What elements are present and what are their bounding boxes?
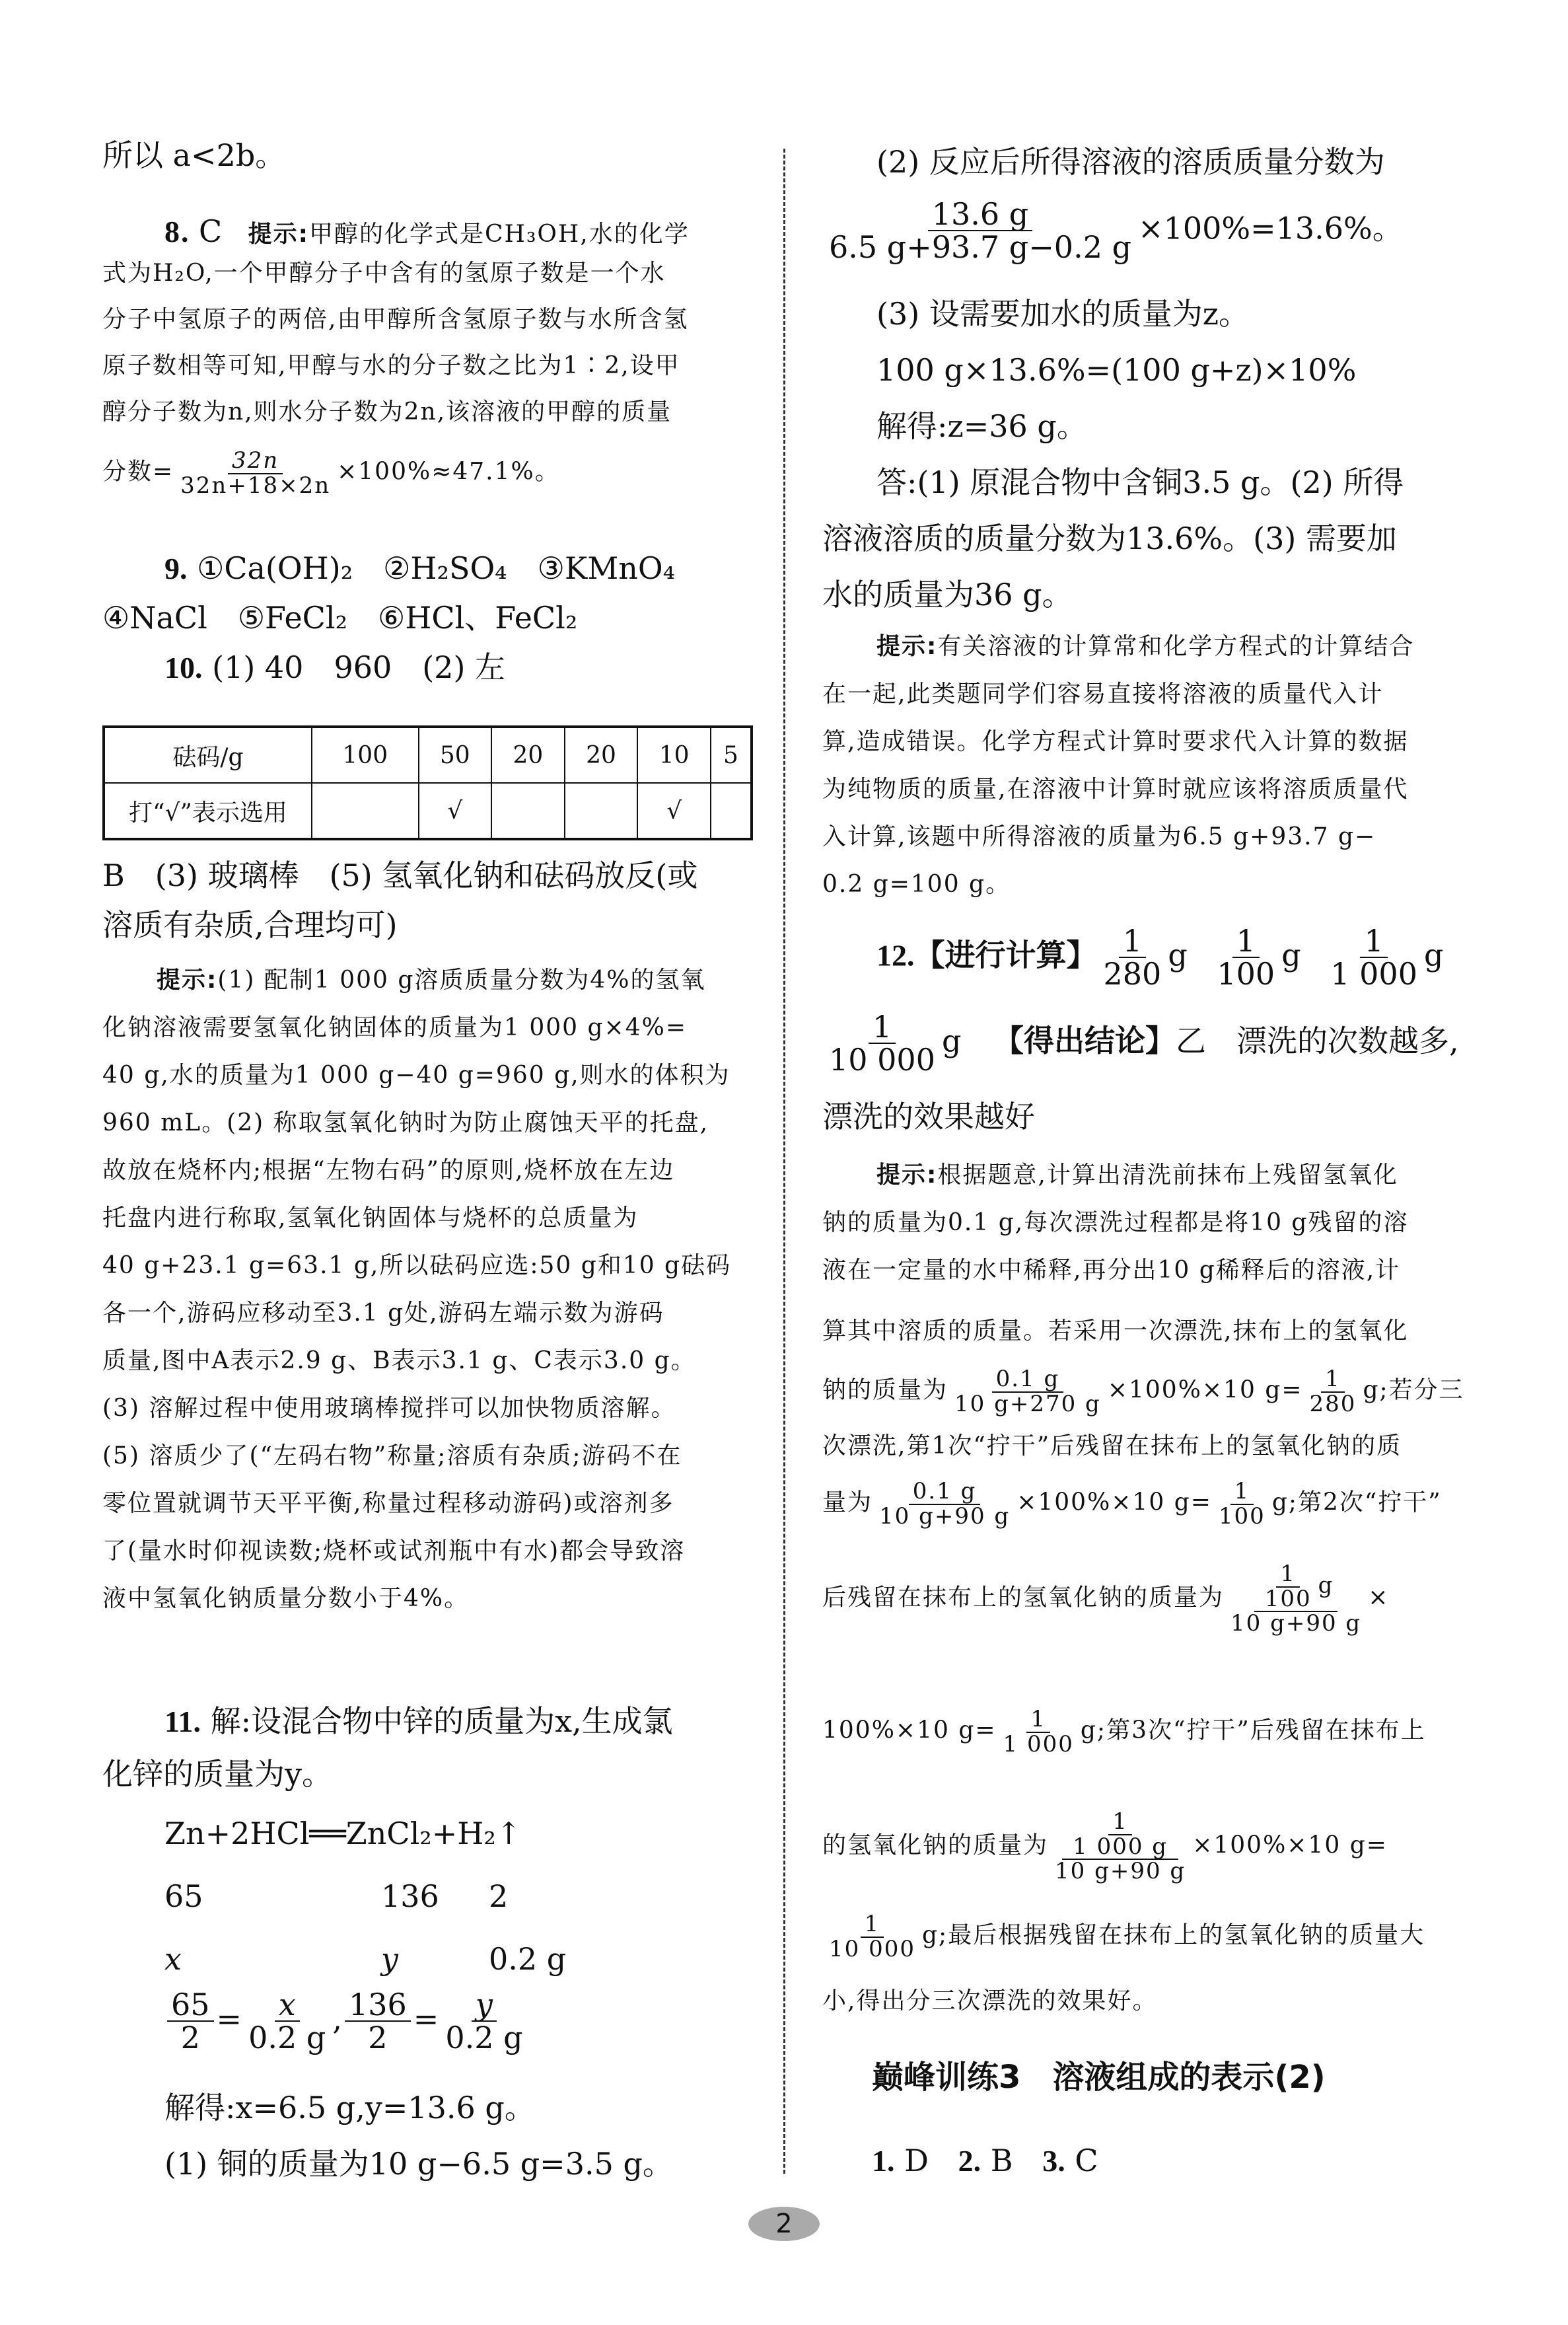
hint-line: 小,得出分三次漂洗的效果好。 <box>822 1985 1157 2017</box>
numerator: 1 <box>1276 1563 1300 1588</box>
tag-calc: 【进行计算】 <box>915 937 1097 973</box>
table-row: 打“√”表示选用 √ √ <box>104 783 752 839</box>
hint-line: 零位置就调节天平平衡,称量过程移动游码)或溶剂多 <box>102 1488 674 1520</box>
q8-hint-line: 醇分子数为n,则水分子数为2n,该溶液的甲醇的质量 <box>102 396 672 428</box>
fraction: 11 000 <box>1326 925 1421 990</box>
denominator: 1 000 <box>1326 958 1421 990</box>
numerator: 32n <box>228 449 283 474</box>
denominator: 100 <box>1215 1505 1269 1529</box>
text: 100%×10 g= <box>822 1717 997 1744</box>
denominator: 10 000 <box>825 1044 939 1076</box>
text: g;第3次“拧干”后残留在抹布上 <box>1081 1717 1426 1744</box>
q8-first-line: 8. C 提示:甲醇的化学式是CH₃OH,水的化学 <box>102 211 690 252</box>
hint-line: 液中氢氧化钠质量分数小于4%。 <box>102 1583 469 1615</box>
q9-line-2: ④NaCl ⑤FeCl₂ ⑥HCl、FeCl₂ <box>102 598 577 638</box>
numerator: 1 <box>1119 925 1146 958</box>
hint-line: 960 mL。(2) 称取氢氧化钠时为防止腐蚀天平的托盘, <box>102 1107 709 1139</box>
denominator: 2 <box>177 2022 204 2053</box>
q11-answer-line: 答:(1) 原混合物中含铜3.5 g。(2) 所得 <box>822 462 1404 502</box>
mass-zn: 65 <box>164 1876 203 1916</box>
q11-solve: 解得:x=6.5 g,y=13.6 g。 <box>102 2088 535 2127</box>
numerator: 65 <box>167 1989 214 2022</box>
q11-hint-first: 提示:有关溶液的计算常和化学方程式的计算结合 <box>822 631 1414 663</box>
denominator: 10 g+90 g <box>1051 1860 1190 1884</box>
calc-2: 量为0.1 g10 g+90 g×100%×10 g=1100g;第2次“拧干” <box>822 1480 1442 1528</box>
formula-prefix: 分数= <box>102 459 174 486</box>
q11-part2-formula: 13.6 g6.5 g+93.7 g−0.2 g×100%=13.6%。 <box>822 198 1403 264</box>
fraction: 0.1 g10 g+270 g <box>950 1368 1105 1416</box>
q8-formula: 分数=32n32n+18×2n×100%≈47.1%。 <box>102 449 560 498</box>
denominator: 100 <box>1261 1588 1316 1611</box>
unit: g <box>1168 937 1187 973</box>
denominator: 10 g+90 g <box>875 1505 1014 1529</box>
fraction: 1362 <box>345 1989 411 2054</box>
text: g;最后根据残留在抹布上的氢氧化钠的质量大 <box>922 1922 1425 1949</box>
q11-part1: (1) 铜的质量为10 g−6.5 g=3.5 g。 <box>102 2144 673 2184</box>
denominator: 0.2 g <box>244 2022 330 2053</box>
q8-hint-line: 式为H₂O,一个甲醇分子中含有的氢原子数是一个水 <box>102 258 666 289</box>
hint-line: 托盘内进行称取,氢氧化钠固体与烧杯的总质量为 <box>102 1202 638 1234</box>
table-cell: 50 <box>419 727 492 783</box>
text: ×100%×10 g= <box>1016 1489 1212 1516</box>
denominator: 0.2 g <box>441 2022 526 2053</box>
hint-line: (3) 溶解过程中使用玻璃棒搅拌可以加快物质溶解。 <box>102 1393 676 1424</box>
tag-conclusion: 【得出结论】 <box>993 1023 1176 1058</box>
q10-hint-first: 提示:(1) 配制1 000 g溶质质量分数为4%的氢氧 <box>102 965 706 996</box>
hint-line: 钠的质量为0.1 g,每次漂洗过程都是将10 g残留的溶 <box>822 1207 1408 1239</box>
numerator: x <box>275 1989 300 2022</box>
text: × <box>1368 1584 1389 1611</box>
denominator: 1 000 g <box>1069 1835 1172 1859</box>
q11-hint-label: 提示: <box>876 633 937 660</box>
q11-part3-solve: 解得:z=36 g。 <box>822 406 1087 446</box>
q12-line-3: 漂洗的效果越好 <box>822 1097 1035 1136</box>
text: 钠的质量为 <box>822 1377 948 1404</box>
numerator: 1 <box>861 1913 884 1938</box>
text: 后残留在抹布上的氢氧化钠的质量为 <box>822 1584 1224 1611</box>
fraction: x0.2 g <box>244 1989 330 2054</box>
unknown-y: y <box>381 1939 398 1979</box>
hint-line: 0.2 g=100 g。 <box>822 869 1011 901</box>
unit: g <box>1424 937 1443 973</box>
fraction: 1100 <box>1261 1563 1316 1611</box>
fraction: 110 000 <box>825 1011 939 1076</box>
text: ×100%×10 g= <box>1108 1377 1303 1404</box>
answer-choice: B <box>991 2143 1013 2178</box>
hint-line: 质量,图中A表示2.9 g、B表示3.1 g、C表示3.0 g。 <box>102 1345 696 1377</box>
answer-number: 1. <box>872 2144 895 2178</box>
fraction: 110 000 <box>825 1913 919 1961</box>
hint-line: 算其中溶质的质量。若采用一次漂洗,抹布上的氢氧化 <box>822 1315 1408 1347</box>
answer-choice: D <box>904 2143 929 2178</box>
hint-line: 40 g+23.1 g=63.1 g,所以砝码应选:50 g和10 g砝码 <box>102 1250 731 1282</box>
hint-line: 根据题意,计算出清洗前抹布上残留氢氧化 <box>937 1162 1398 1189</box>
q10-line-3: 溶质有杂质,合理均可) <box>102 905 398 945</box>
numerator: 1 <box>1360 925 1387 958</box>
unit: g <box>1281 937 1301 973</box>
hint-line: 有关溶液的计算常和化学方程式的计算结合 <box>937 633 1414 660</box>
table-cell: 10 <box>637 727 711 783</box>
table-header-label: 砝码/g <box>104 727 312 783</box>
q11-part2-title: (2) 反应后所得溶液的溶质质量分数为 <box>822 142 1385 182</box>
numerator: 1 <box>1108 1810 1132 1835</box>
q8-number: 8. <box>164 215 190 248</box>
q11-line-2: 化锌的质量为y。 <box>102 1754 332 1794</box>
hint-line: 液在一定量的水中稀释,再分出10 g稀释后的溶液,计 <box>822 1255 1400 1286</box>
q11-part3-title: (3) 设需要加水的质量为z。 <box>822 294 1249 334</box>
table-cell: 20 <box>491 727 565 783</box>
hint-line: 算,造成错误。化学方程式计算时要求代入计算的数据 <box>822 726 1408 758</box>
hint-line: 入计算,该题中所得溶液的质量为6.5 g+93.7 g− <box>822 821 1376 853</box>
fraction: 652 <box>167 1989 214 2054</box>
fraction: 1280 <box>1306 1368 1361 1416</box>
unknown-x: x <box>164 1939 182 1979</box>
fraction: 1100 <box>1213 925 1279 990</box>
calc-4: 100%×10 g=11 000g;第3次“拧干”后残留在抹布上 <box>822 1708 1426 1756</box>
check-cell <box>491 783 565 839</box>
calc-6: 110 000g;最后根据残留在抹布上的氢氧化钠的质量大 <box>822 1913 1425 1961</box>
q11-text: 解:设混合物中锌的质量为x,生成氯 <box>211 1703 673 1739</box>
check-cell <box>312 783 419 839</box>
conclusion: 乙 漂洗的次数越多, <box>1176 1023 1459 1058</box>
fraction: 32n32n+18×2n <box>176 449 334 498</box>
hint-line: (1) 配制1 000 g溶质质量分数为4%的氢氧 <box>217 967 705 994</box>
text: g;第2次“拧干” <box>1272 1489 1442 1516</box>
calc-5: 的氢氧化钠的质量为11 000 g10 g+90 g×100%×10 g= <box>822 1810 1388 1884</box>
denominator: 2 <box>364 2022 391 2053</box>
text: 的氢氧化钠的质量为 <box>822 1832 1048 1859</box>
section-title: 巅峰训练3 溶液组成的表示(2) <box>872 2051 1326 2097</box>
page-number: 2 <box>775 2209 792 2239</box>
q10-line-1: 10. (1) 40 960 (2) 左 <box>102 647 505 688</box>
q7-conclusion: 所以 a<2b。 <box>102 135 285 175</box>
calc-3: 后残留在抹布上的氢氧化钠的质量为1100g10 g+90 g× <box>822 1563 1389 1636</box>
q8-hint-line: 分子中氢原子的两倍,由甲醇所含氢原子数与水所含氢 <box>102 304 688 336</box>
table-row-label: 打“√”表示选用 <box>104 783 312 839</box>
answer-choice: C <box>1075 2143 1098 2178</box>
mass-h2: 2 <box>489 1876 508 1916</box>
formula-suffix: ×100%≈47.1%。 <box>337 459 560 486</box>
fraction: y0.2 g <box>441 1989 526 2054</box>
q11-number: 11. <box>164 1705 201 1738</box>
q11-answer-line: 溶液溶质的质量分数为13.6%。(3) 需要加 <box>822 519 1397 558</box>
hint-line: 了(量水时仰视读数;烧杯或试剂瓶中有水)都会导致溶 <box>102 1535 685 1567</box>
denominator: 100 <box>1213 958 1279 990</box>
q11-line-1: 11. 解:设混合物中锌的质量为x,生成氯 <box>102 1701 673 1742</box>
q12-number: 12. <box>876 938 915 972</box>
numerator: 1 <box>1026 1708 1050 1733</box>
q12-hint-label: 提示: <box>876 1162 937 1189</box>
nested-fraction: 11 000 g10 g+90 g <box>1051 1810 1190 1884</box>
nested-fraction: 1100g10 g+90 g <box>1227 1563 1365 1636</box>
hint-line: 化钠溶液需要氢氧化钠固体的质量为1 000 g×4%= <box>102 1012 687 1044</box>
page-number-badge: 2 <box>748 2207 820 2241</box>
hint-line: 次漂洗,第1次“拧干”后残留在抹布上的氢氧化钠的质 <box>822 1430 1402 1462</box>
denominator: 10 g+90 g <box>1227 1612 1365 1636</box>
q11-equation: Zn+2HCl══ZnCl₂+H₂↑ <box>102 1814 521 1853</box>
numerator: 13.6 g <box>928 198 1033 231</box>
q11-answer-line: 水的质量为36 g。 <box>822 575 1073 614</box>
section-answers: 1. D 2. B 3. C <box>872 2141 1098 2181</box>
numerator: 1 <box>1321 1368 1345 1393</box>
denominator: 1 000 <box>999 1733 1078 1757</box>
fraction: 13.6 g6.5 g+93.7 g−0.2 g <box>825 198 1135 264</box>
fraction: 11 000 <box>999 1708 1078 1756</box>
mass-zncl2: 136 <box>381 1876 439 1916</box>
q9-line-1: 9. ①Ca(OH)₂ ②H₂SO₄ ③KMnO₄ <box>102 548 675 589</box>
q12-line-1: 12.【进行计算】1280g 1100g 11 000g <box>822 925 1443 990</box>
text: ×100%×10 g= <box>1192 1832 1388 1859</box>
numerator: 0.1 g <box>992 1368 1064 1393</box>
table-cell: 20 <box>565 727 638 783</box>
numerator: 1 <box>1230 1480 1254 1505</box>
q8-hint-line: 原子数相等可知,甲醇与水的分子数之比为1∶2,设甲 <box>102 350 680 382</box>
q8-answer: C <box>199 213 223 249</box>
numerator: 1 <box>1232 925 1260 958</box>
hint-line: 故放在烧杯内;根据“左物右码”的原则,烧杯放在左边 <box>102 1155 674 1187</box>
text: g;若分三 <box>1363 1377 1464 1404</box>
column-divider <box>783 149 785 2174</box>
denominator: 10 000 <box>825 1938 919 1962</box>
weights-table: 砝码/g 100 50 20 20 10 5 打“√”表示选用 √ √ <box>102 725 753 840</box>
unit: g <box>942 1023 961 1058</box>
answer-number: 2. <box>958 2144 981 2178</box>
hint-line: 为纯物质的质量,在溶液中计算时就应该将溶质质量代 <box>822 774 1408 805</box>
numerator: 0.1 g <box>909 1480 981 1505</box>
denominator: 32n+18×2n <box>176 474 334 498</box>
numerator: 136 <box>345 1989 411 2022</box>
check-cell <box>565 783 638 839</box>
fraction: 1100 <box>1215 1480 1269 1528</box>
calc-1: 钠的质量为0.1 g10 g+270 g×100%×10 g=1280g;若分三 <box>822 1368 1464 1416</box>
q8-hint-label: 提示: <box>248 221 309 248</box>
table-cell: 100 <box>312 727 419 783</box>
check-cell: √ <box>419 783 492 839</box>
formula-suffix: ×100%=13.6%。 <box>1138 210 1403 246</box>
q10-answers: (1) 40 960 (2) 左 <box>212 649 505 685</box>
denominator: 10 g+270 g <box>950 1393 1105 1417</box>
fraction: 0.1 g10 g+90 g <box>875 1480 1014 1528</box>
denominator: 280 <box>1306 1393 1361 1417</box>
hint-line: (5) 溶质少了(“左码右物”称量;溶质有杂质;游码不在 <box>102 1440 682 1472</box>
mass-h2-value: 0.2 g <box>489 1939 566 1979</box>
fraction: 1280 <box>1100 925 1166 990</box>
q12-hint-first: 提示:根据题意,计算出清洗前抹布上残留氢氧化 <box>822 1160 1398 1191</box>
numerator: 1 <box>869 1011 896 1044</box>
q12-line-2: 110 000g 【得出结论】乙 漂洗的次数越多, <box>822 1011 1459 1076</box>
hint-line: 40 g,水的质量为1 000 g−40 g=960 g,则水的体积为 <box>102 1060 731 1091</box>
denominator: 280 <box>1100 958 1166 990</box>
check-cell: √ <box>637 783 711 839</box>
q8-hint-line: 甲醇的化学式是CH₃OH,水的化学 <box>309 221 690 248</box>
table-row: 砝码/g 100 50 20 20 10 5 <box>104 727 752 783</box>
numerator: y <box>472 1989 497 2022</box>
answer-number: 3. <box>1042 2144 1065 2178</box>
unit: g <box>1318 1572 1334 1599</box>
q10-hint-label: 提示: <box>157 967 217 994</box>
table-cell: 5 <box>711 727 752 783</box>
denominator: 6.5 g+93.7 g−0.2 g <box>825 231 1135 263</box>
q11-part3-eq: 100 g×13.6%=(100 g+z)×10% <box>822 350 1356 390</box>
q11-ratios: 652=x0.2 g,1362=y0.2 g <box>102 1989 530 2054</box>
q9-number: 9. <box>164 552 188 585</box>
check-cell <box>711 783 752 839</box>
q10-line-2: B (3) 玻璃棒 (5) 氢氧化钠和砝码放反(或 <box>102 856 697 895</box>
hint-line: 在一起,此类题同学们容易直接将溶液的质量代入计 <box>822 679 1383 710</box>
fraction: 11 000 g <box>1069 1810 1172 1859</box>
hint-line: 各一个,游码应移动至3.1 g处,游码左端示数为游码 <box>102 1298 664 1329</box>
text: 量为 <box>822 1489 873 1516</box>
q10-number: 10. <box>164 651 203 684</box>
q9-answers: ①Ca(OH)₂ ②H₂SO₄ ③KMnO₄ <box>197 550 675 586</box>
